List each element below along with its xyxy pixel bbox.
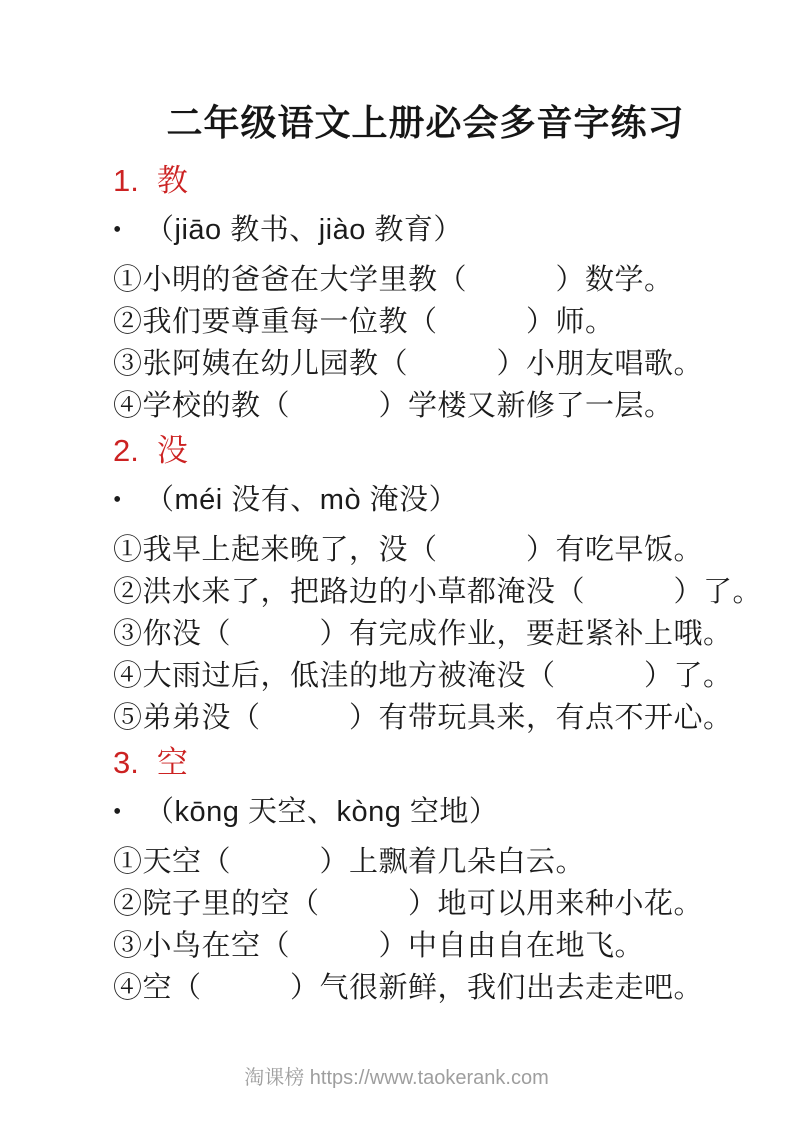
exercise-item: ⑤弟弟没（ ）有带玩具来，有点不开心。 [113, 697, 738, 739]
exercise-item: ③你没（ ）有完成作业，要赶紧补上哦。 [113, 613, 738, 655]
section-mei: 2.没 • （méi 没有、mò 淹没） ①我早上起来晚了，没（ ）有吃早饭。 … [113, 429, 738, 739]
section-heading: 3.空 [113, 741, 738, 785]
section-number: 2. [113, 433, 139, 468]
pronunciation-line: • （méi 没有、mò 淹没） [113, 479, 738, 521]
exercise-item: ③张阿姨在幼儿园教（ ）小朋友唱歌。 [113, 343, 738, 385]
exercise-item: ②我们要尊重每一位教（ ）师。 [113, 301, 738, 343]
section-character: 没 [157, 433, 188, 468]
exercise-item: ①天空（ ）上飘着几朵白云。 [113, 841, 738, 883]
pronunciation-text: （méi 没有、mò 淹没） [145, 479, 458, 521]
page-footer: 淘课榜 https://www.taokerank.com [0, 1064, 793, 1092]
bullet-icon: • [113, 791, 145, 833]
section-heading: 2.没 [113, 429, 738, 473]
exercise-item: ②院子里的空（ ）地可以用来种小花。 [113, 883, 738, 925]
section-heading: 1.教 [113, 159, 738, 203]
section-character: 空 [157, 745, 188, 780]
exercise-item: ②洪水来了，把路边的小草都淹没（ ）了。 [113, 571, 738, 613]
worksheet-content: 二年级语文上册必会多音字练习 1.教 • （jiāo 教书、jiào 教育） ①… [0, 0, 793, 1009]
exercise-item: ④大雨过后，低洼的地方被淹没（ ）了。 [113, 655, 738, 697]
exercise-list: ①小明的爸爸在大学里教（ ）数学。 ②我们要尊重每一位教（ ）师。 ③张阿姨在幼… [113, 259, 738, 427]
page-title: 二年级语文上册必会多音字练习 [113, 101, 738, 145]
exercise-item: ④空（ ）气很新鲜，我们出去走走吧。 [113, 967, 738, 1009]
pronunciation-line: • （kōng 天空、kòng 空地） [113, 791, 738, 833]
exercise-list: ①我早上起来晚了，没（ ）有吃早饭。 ②洪水来了，把路边的小草都淹没（ ）了。 … [113, 529, 738, 739]
exercise-item: ③小鸟在空（ ）中自由自在地飞。 [113, 925, 738, 967]
exercise-item: ①小明的爸爸在大学里教（ ）数学。 [113, 259, 738, 301]
exercise-list: ①天空（ ）上飘着几朵白云。 ②院子里的空（ ）地可以用来种小花。 ③小鸟在空（… [113, 841, 738, 1009]
bullet-icon: • [113, 479, 145, 521]
section-jiao: 1.教 • （jiāo 教书、jiào 教育） ①小明的爸爸在大学里教（ ）数学… [113, 159, 738, 427]
section-number: 3. [113, 745, 139, 780]
pronunciation-text: （jiāo 教书、jiào 教育） [145, 209, 463, 251]
pronunciation-text: （kōng 天空、kòng 空地） [145, 791, 498, 833]
section-kong: 3.空 • （kōng 天空、kòng 空地） ①天空（ ）上飘着几朵白云。 ②… [113, 741, 738, 1009]
exercise-item: ④学校的教（ ）学楼又新修了一层。 [113, 385, 738, 427]
section-number: 1. [113, 163, 139, 198]
exercise-item: ①我早上起来晚了，没（ ）有吃早饭。 [113, 529, 738, 571]
section-character: 教 [157, 163, 188, 198]
pronunciation-line: • （jiāo 教书、jiào 教育） [113, 209, 738, 251]
bullet-icon: • [113, 209, 145, 251]
worksheet-page: 二年级语文上册必会多音字练习 1.教 • （jiāo 教书、jiào 教育） ①… [0, 0, 793, 1122]
